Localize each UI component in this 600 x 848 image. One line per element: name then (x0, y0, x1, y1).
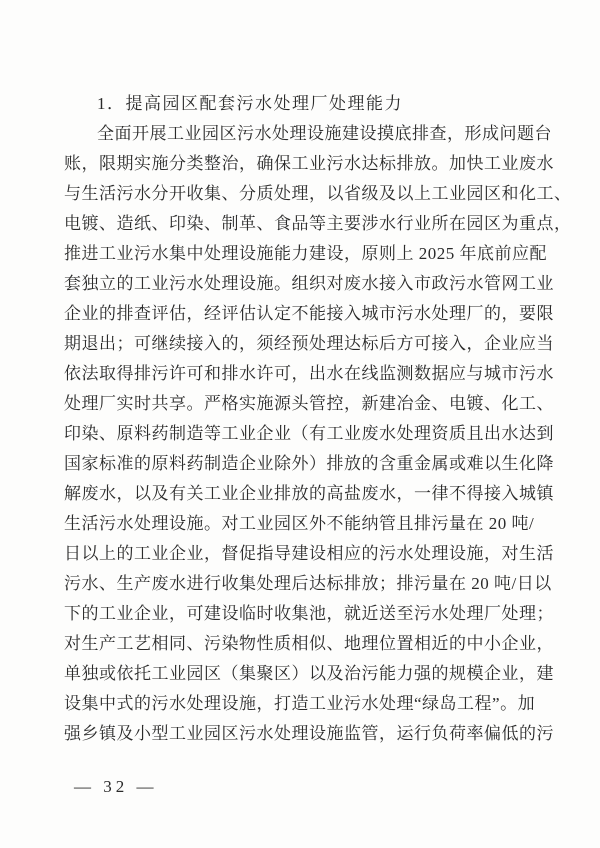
paragraph-line: 印染、原料药制造等工业企业（有工业废水处理资质且出水达到 (64, 419, 530, 449)
paragraph-line: 全面开展工业园区污水处理设施建设摸底排查，形成问题台 (64, 119, 530, 149)
paragraph-line: 设集中式的污水处理设施，打造工业污水处理“绿岛工程”。加 (64, 689, 530, 719)
paragraph-line: 期退出；可继续接入的，须经预处理达标后方可接入，企业应当 (64, 329, 530, 359)
document-page: 1．提高园区配套污水处理厂处理能力 全面开展工业园区污水处理设施建设摸底排查，形… (0, 0, 600, 848)
paragraph-line: 国家标准的原料药制造企业除外）排放的含重金属或难以生化降 (64, 449, 530, 479)
page-number: — 32 — (74, 776, 158, 798)
paragraph-line: 污水、生产废水进行收集处理后达标排放；排污量在 20 吨/日以 (64, 569, 530, 599)
paragraph-line: 生活污水处理设施。对工业园区外不能纳管且排污量在 20 吨/ (64, 509, 530, 539)
paragraph-line: 账，限期实施分类整治，确保工业污水达标排放。加快工业废水 (64, 149, 530, 179)
paragraph-line: 电镀、造纸、印染、制革、食品等主要涉水行业所在园区为重点， (64, 209, 530, 239)
paragraph-line: 日以上的工业企业，督促指导建设相应的污水处理设施，对生活 (64, 539, 530, 569)
paragraph-line: 企业的排查评估，经评估认定不能接入城市污水处理厂的，要限 (64, 299, 530, 329)
paragraph-line: 与生活污水分开收集、分质处理，以省级及以上工业园区和化工、 (64, 179, 530, 209)
paragraph-line: 推进工业污水集中处理设施能力建设，原则上 2025 年底前应配 (64, 239, 530, 269)
paragraph-line: 强乡镇及小型工业园区污水处理设施监管，运行负荷率偏低的污 (64, 719, 530, 749)
section-heading: 1．提高园区配套污水处理厂处理能力 (64, 89, 530, 119)
paragraph-line: 依法取得排污许可和排水许可，出水在线监测数据应与城市污水 (64, 359, 530, 389)
paragraph-line: 处理厂实时共享。严格实施源头管控，新建冶金、电镀、化工、 (64, 389, 530, 419)
paragraph-line: 对生产工艺相同、污染物性质相似、地理位置相近的中小企业， (64, 629, 530, 659)
paragraph-line: 单独或依托工业园区（集聚区）以及治污能力强的规模企业，建 (64, 659, 530, 689)
paragraph-line: 套独立的工业污水处理设施。组织对废水接入市政污水管网工业 (64, 269, 530, 299)
document-body: 1．提高园区配套污水处理厂处理能力 全面开展工业园区污水处理设施建设摸底排查，形… (64, 89, 530, 749)
paragraph-line: 下的工业企业，可建设临时收集池，就近送至污水处理厂处理； (64, 599, 530, 629)
paragraph-line: 解废水，以及有关工业企业排放的高盐废水，一律不得接入城镇 (64, 479, 530, 509)
